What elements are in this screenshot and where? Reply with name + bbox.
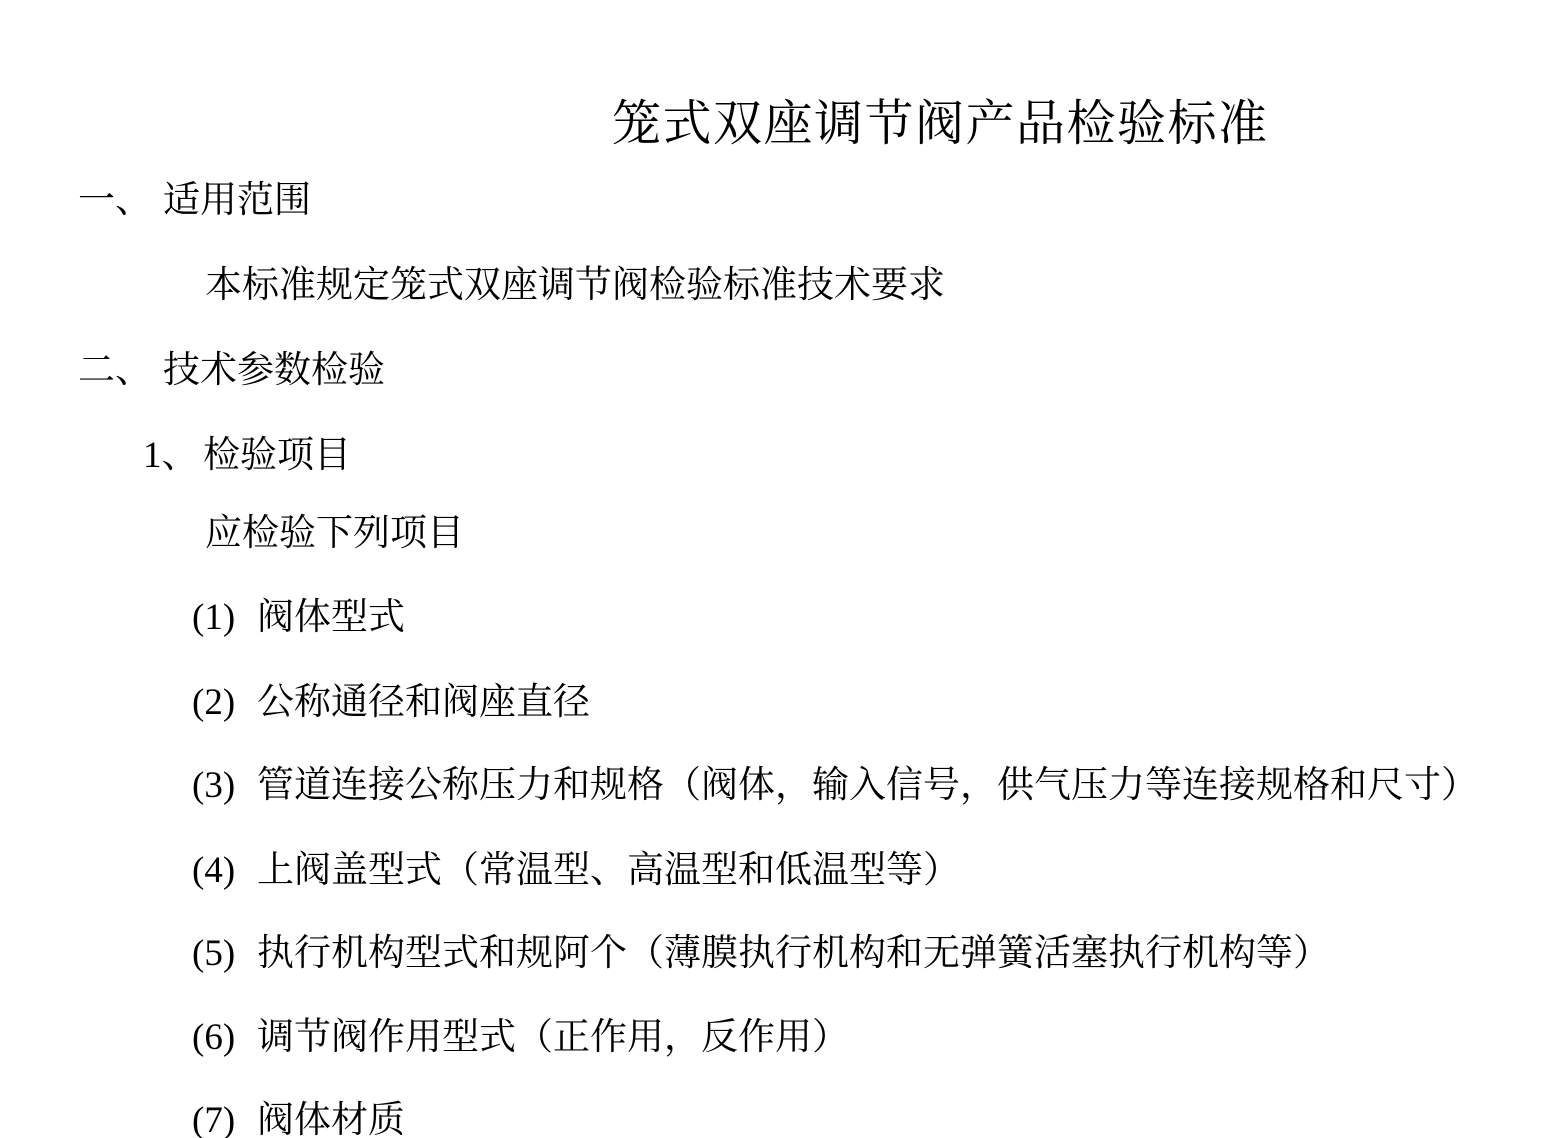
list-item-text: 上阀盖型式（常温型、高温型和低温型等） xyxy=(257,850,960,891)
list-item-text: 阀体材质 xyxy=(257,1100,405,1138)
section-number: 一、 xyxy=(78,182,163,219)
list-item-3: (3)管道连接公称压力和规格（阀体，输入信号，供气压力等连接规格和尺寸） xyxy=(192,767,1478,804)
list-item-5: (5)执行机构型式和规阿个（薄膜执行机构和无弹簧活塞执行机构等） xyxy=(192,935,1330,972)
list-item-text: 调节阀作用型式（正作用，反作用） xyxy=(257,1017,849,1058)
section-heading-parameters: 二、技术参数检验 xyxy=(78,352,385,389)
list-item-2: (2)公称通径和阀座直径 xyxy=(192,684,590,721)
list-item-number: (3) xyxy=(192,767,257,804)
section-heading-text: 适用范围 xyxy=(163,180,311,221)
list-item-number: (4) xyxy=(192,852,257,889)
body-paragraph-intro: 应检验下列项目 xyxy=(205,515,464,552)
list-item-4: (4)上阀盖型式（常温型、高温型和低温型等） xyxy=(192,852,960,889)
list-item-number: (5) xyxy=(192,935,257,972)
list-item-text: 执行机构型式和规阿个（薄膜执行机构和无弹簧活塞执行机构等） xyxy=(257,933,1330,974)
document-title: 笼式双座调节阀产品检验标准 xyxy=(612,99,1269,148)
list-item-number: (2) xyxy=(192,684,257,721)
list-item-6: (6)调节阀作用型式（正作用，反作用） xyxy=(192,1019,849,1056)
list-item-text: 阀体型式 xyxy=(257,597,405,638)
subsection-number: 1、 xyxy=(143,437,203,474)
section-number: 二、 xyxy=(78,352,163,389)
document-page: 笼式双座调节阀产品检验标准 一、适用范围 本标准规定笼式双座调节阀检验标准技术要… xyxy=(0,0,1554,1138)
list-item-text: 管道连接公称压力和规格（阀体，输入信号，供气压力等连接规格和尺寸） xyxy=(257,765,1478,806)
list-item-number: (1) xyxy=(192,599,257,636)
list-item-number: (7) xyxy=(192,1102,257,1138)
body-paragraph-scope: 本标准规定笼式双座调节阀检验标准技术要求 xyxy=(205,267,945,304)
list-item-number: (6) xyxy=(192,1019,257,1056)
section-heading-text: 技术参数检验 xyxy=(163,350,385,391)
body-paragraph-text: 本标准规定笼式双座调节阀检验标准技术要求 xyxy=(205,265,945,306)
list-item-1: (1)阀体型式 xyxy=(192,599,405,636)
subsection-heading-text: 检验项目 xyxy=(203,435,351,476)
body-paragraph-text: 应检验下列项目 xyxy=(205,513,464,554)
subsection-heading-inspection-items: 1、检验项目 xyxy=(143,437,351,474)
section-heading-scope: 一、适用范围 xyxy=(78,182,311,219)
list-item-7: (7)阀体材质 xyxy=(192,1102,405,1138)
list-item-text: 公称通径和阀座直径 xyxy=(257,682,590,723)
